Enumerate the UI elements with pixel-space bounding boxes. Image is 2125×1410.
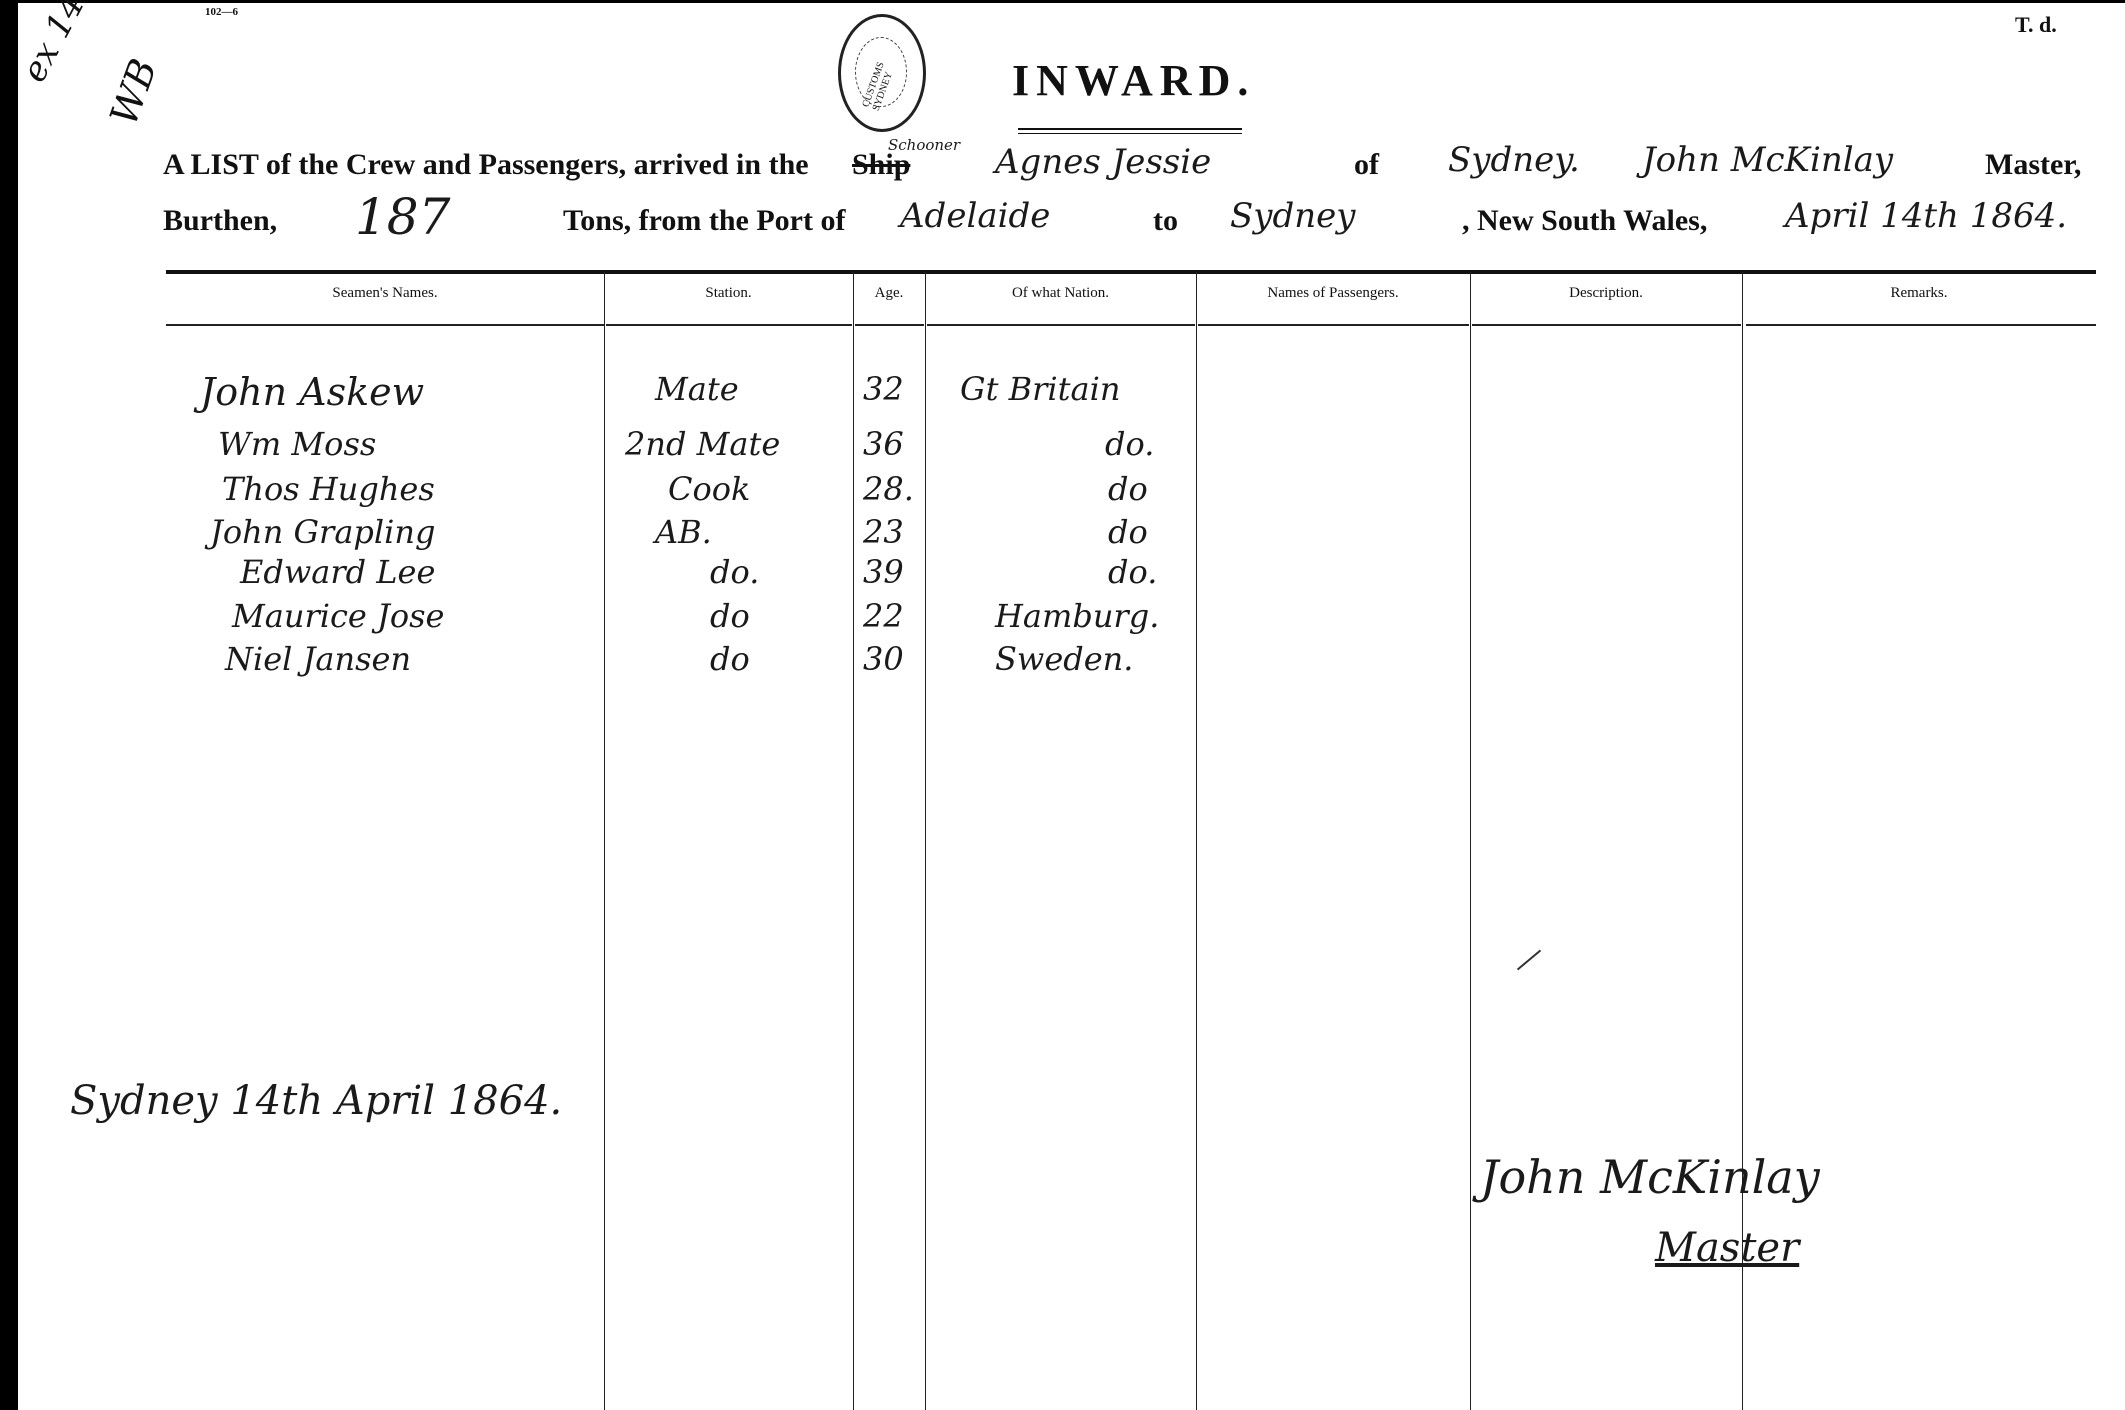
seaman-name: Wm Moss [218,425,376,463]
seaman-name: John Askew [200,370,424,414]
col-header-description: Description. [1470,285,1742,302]
title-underline [1018,128,1242,134]
vessel-type-written: Schooner [888,136,960,154]
age: 39 [863,553,904,591]
age: 30 [863,640,904,678]
table-row: John Grapling AB. 23 do [0,513,2125,557]
customs-stamp: CUSTOMS SYDNEY [838,14,926,132]
master-signature: John McKinlay [1480,1150,1820,1204]
seaman-name: Niel Jansen [225,640,411,678]
age: 28. [863,470,914,508]
list-date: April 14th 1864. [1785,196,2067,236]
form-number: 102—6 [205,6,238,18]
station: do [710,597,750,635]
table-row: Thos Hughes Cook 28. do [0,470,2125,514]
master-signature-title: Master [1655,1225,1799,1271]
col-header-seamens-names: Seamen's Names. [166,285,604,302]
header-bottom-rule [606,324,852,326]
station: do. [710,553,759,591]
nation: Hamburg. [995,597,1159,635]
header-bottom-rule [855,324,924,326]
table-top-rule [166,270,2096,274]
to-label: to [1153,204,1178,238]
margin-note: ex 14.4 [14,0,108,89]
age: 22 [863,597,904,635]
age: 32 [863,370,904,408]
of-label: of [1354,148,1379,182]
seaman-name: Edward Lee [240,553,435,591]
nation: Gt Britain [960,370,1120,408]
margin-initials: WB [101,53,165,131]
col-header-station: Station. [604,285,853,302]
home-port: Sydney. [1448,140,1580,180]
col-header-age: Age. [853,285,925,302]
header-bottom-rule [1472,324,1741,326]
station: AB. [655,513,712,551]
nation: do. [1105,425,1154,463]
table-row: John Askew Mate 32 Gt Britain [0,370,2125,414]
burthen-value: 187 [355,188,450,246]
station: do [710,640,750,678]
scan-edge-left [0,0,18,1410]
colony-label: , New South Wales, [1462,204,1707,238]
nation: Sweden. [995,640,1133,678]
header-bottom-rule [1746,324,2096,326]
nation: do [1108,513,1148,551]
nation: do. [1108,553,1157,591]
scan-edge-top [0,0,2125,3]
master-name: John McKinlay [1642,140,1893,180]
master-label: Master, [1985,148,2081,182]
header-bottom-rule [1198,324,1469,326]
to-port: Sydney [1230,196,1356,236]
station: Cook [668,470,750,508]
from-port: Adelaide [900,196,1050,236]
table-row: Maurice Jose do 22 Hamburg. [0,597,2125,641]
seaman-name: Maurice Jose [232,597,444,635]
station: 2nd Mate [625,425,780,463]
corner-mark: T. d. [2015,12,2057,38]
place-and-date: Sydney 14th April 1864. [70,1078,562,1124]
age: 23 [863,513,904,551]
seaman-name: John Grapling [210,513,435,551]
station: Mate [655,370,739,408]
pen-mark [1517,950,1541,971]
col-header-passengers: Names of Passengers. [1196,285,1470,302]
table-row: Wm Moss 2nd Mate 36 do. [0,425,2125,469]
table-row: Edward Lee do. 39 do. [0,553,2125,597]
header-line1-prefix: A LIST of the Crew and Passengers, arriv… [163,148,809,182]
header-bottom-rule [927,324,1195,326]
header-bottom-rule [166,324,604,326]
seaman-name: Thos Hughes [222,470,435,508]
nation: do [1108,470,1148,508]
tons-label: Tons, from the Port of [563,204,845,238]
table-row: Niel Jansen do 30 Sweden. [0,640,2125,684]
col-header-remarks: Remarks. [1742,285,2096,302]
burthen-label: Burthen, [163,204,277,238]
col-header-nation: Of what Nation. [925,285,1196,302]
vessel-name: Agnes Jessie [995,142,1211,182]
age: 36 [863,425,904,463]
page-title: INWARD. [1012,55,1255,106]
